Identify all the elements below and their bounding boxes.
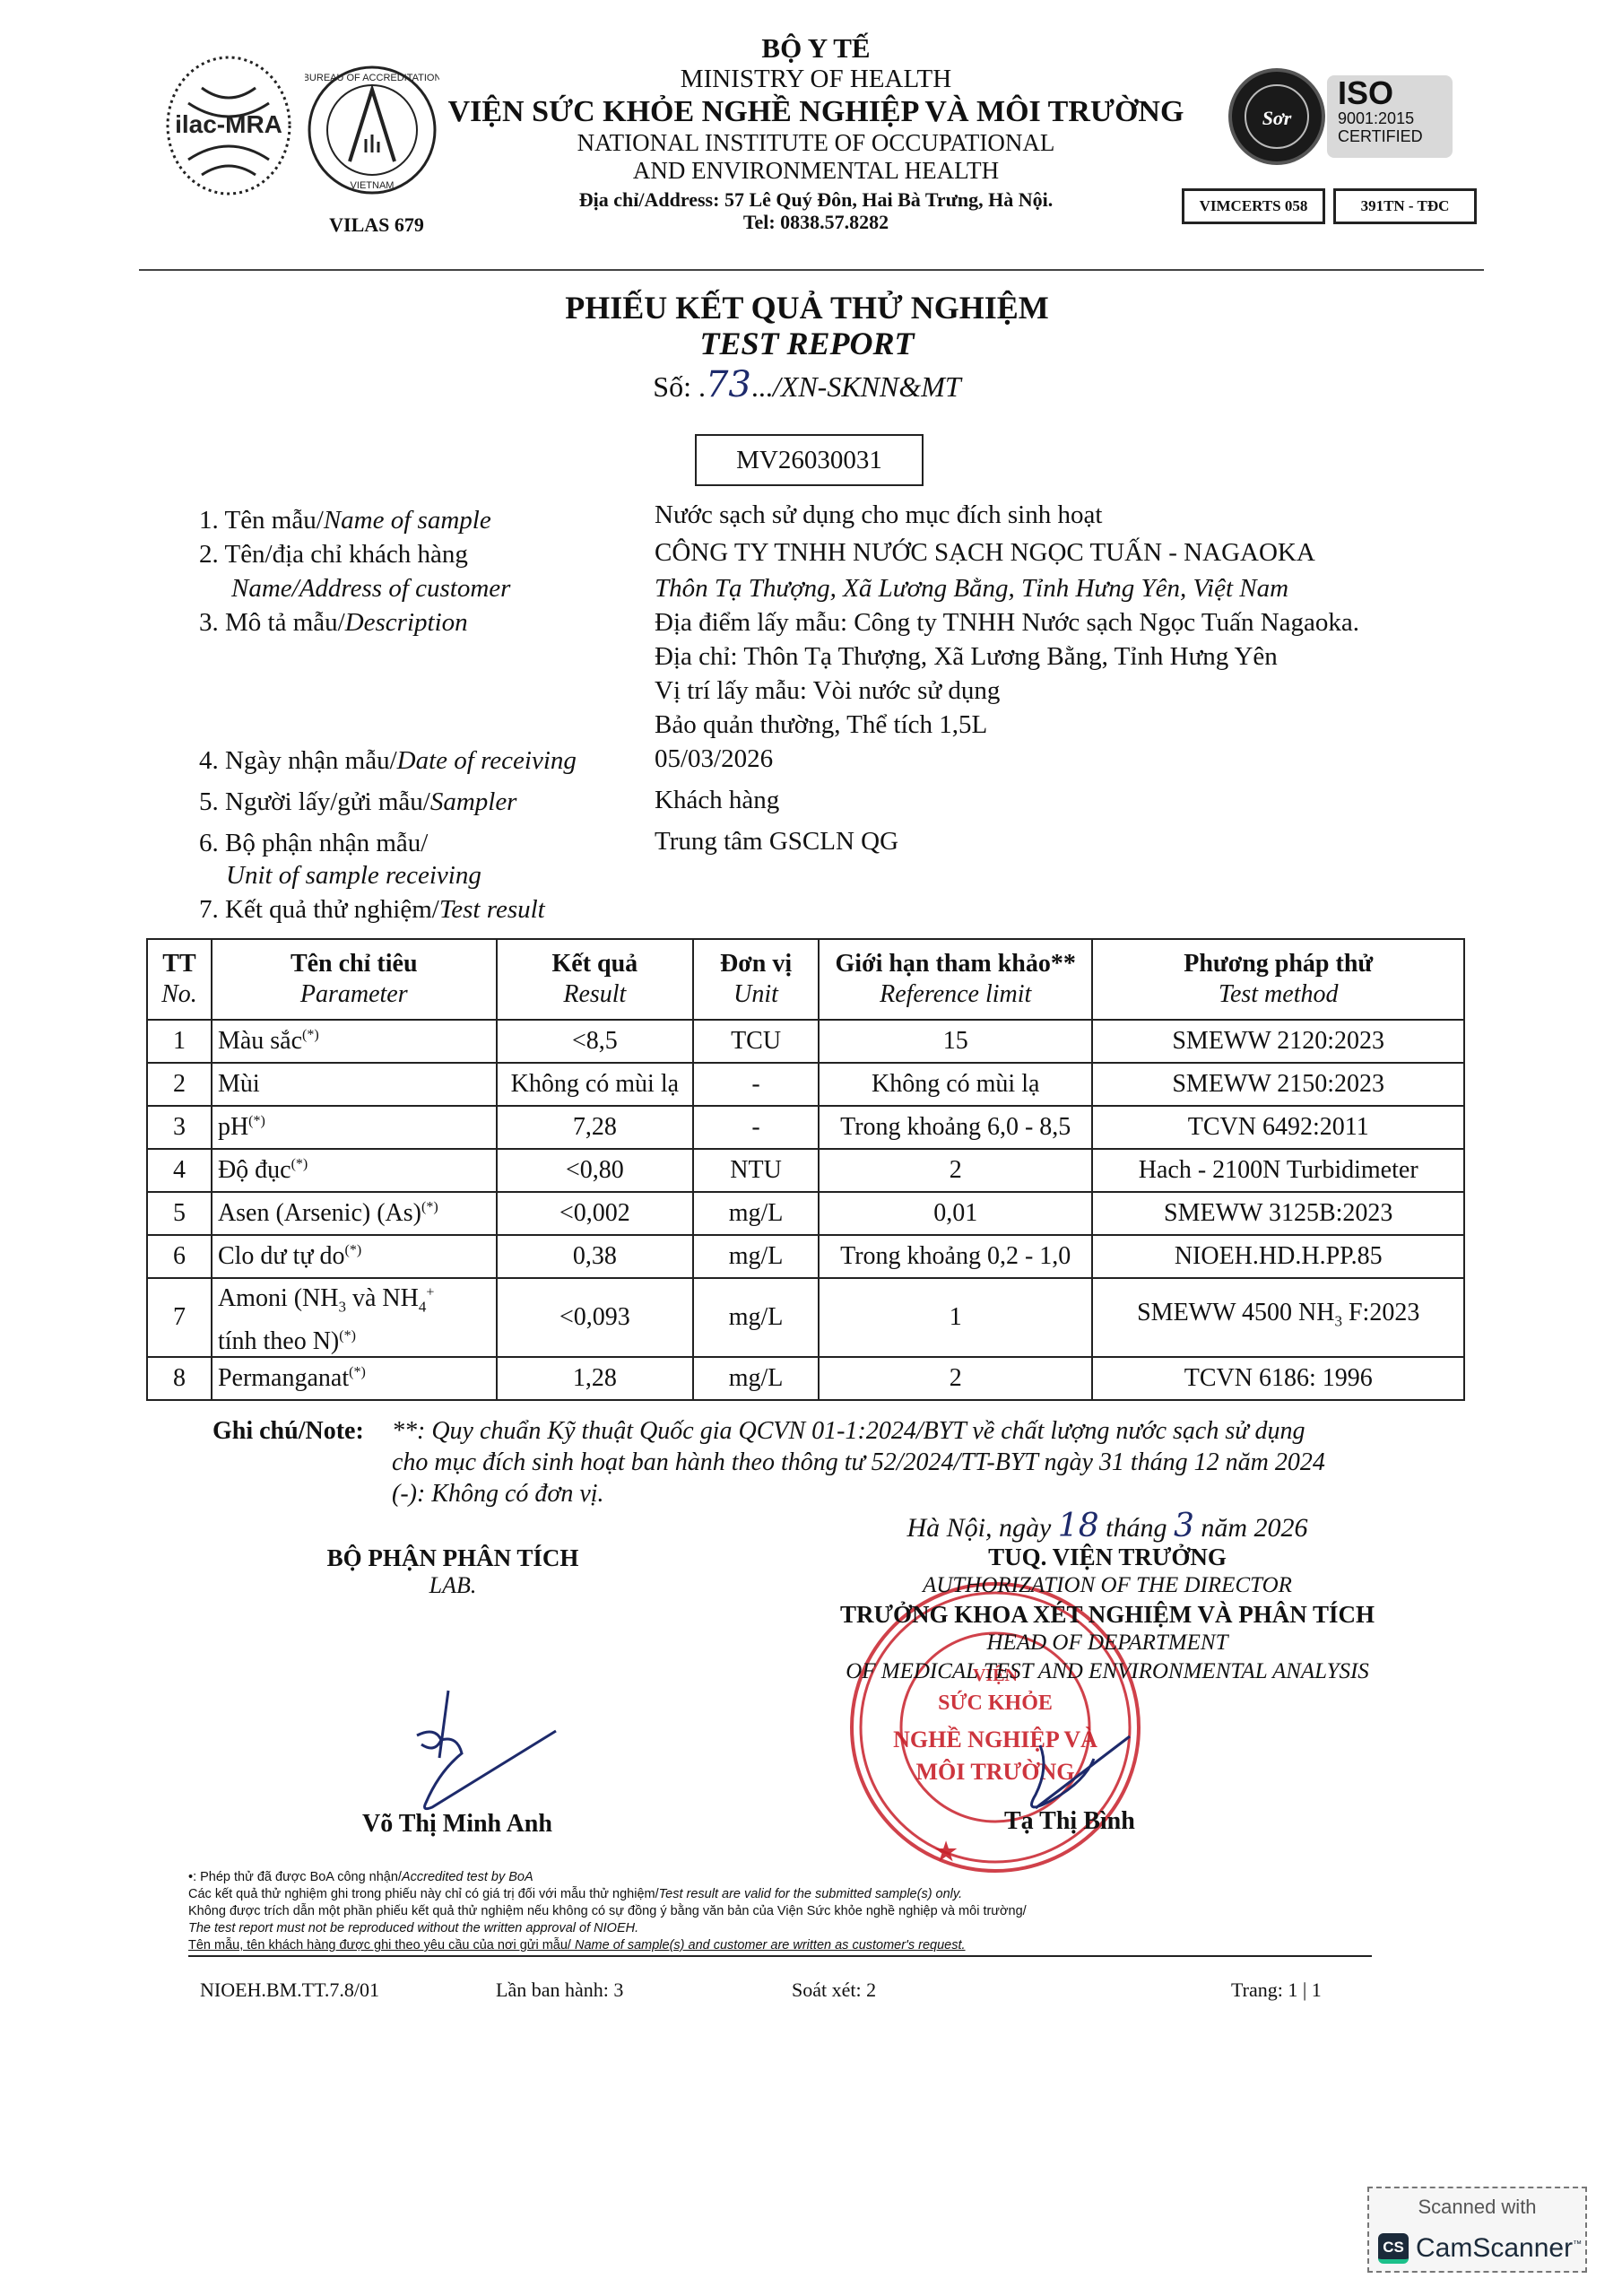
table-row: 7Amoni (NH3 và NH4+tính theo N)(*)<0,093… [147,1278,1464,1357]
handwritten-month: 3 [1174,1508,1194,1544]
svg-text:ilac-MRA: ilac-MRA [175,110,282,138]
col-reference-limit: Giới hạn tham khảo**Reference limit [819,939,1092,1020]
info-value-customer-address: Thôn Tạ Thượng, Xã Lương Bằng, Tỉnh Hưng… [655,572,1288,604]
svg-text:SỨC KHỎE: SỨC KHỎE [938,1692,1053,1715]
director-title-3: TRƯỞNG KHOA XÉT NGHIỆM VÀ PHÂN TÍCH [780,1600,1435,1629]
cell-result: Không có mùi lạ [497,1063,694,1106]
cell-no: 7 [147,1278,212,1357]
lab-signature-block: BỘ PHẬN PHÂN TÍCH LAB. [296,1544,610,1599]
institute-tel: Tel: 0838.57.8282 [421,211,1210,233]
cell-reference-limit: 15 [819,1020,1092,1063]
cell-result: <0,002 [497,1192,694,1235]
footnote-customer-request: Tên mẫu, tên khách hàng được ghi theo yê… [188,1937,1381,1954]
info-label-receiving-unit: 6. Bộ phận nhận mẫu/ [199,827,428,859]
sign-date: Hà Nội, ngày 18 tháng 3 năm 2026 [780,1512,1435,1543]
cell-no: 6 [147,1235,212,1278]
director-title-2: AUTHORIZATION OF THE DIRECTOR [780,1571,1435,1600]
cell-test-method: TCVN 6492:2011 [1092,1106,1464,1149]
footnote-reproduction-vn: Không được trích dẫn một phần phiếu kết … [188,1903,1381,1920]
svg-text:★: ★ [934,1839,957,1866]
cell-no: 3 [147,1106,212,1149]
title-en: TEST REPORT [359,325,1255,362]
footer-divider [188,1955,1372,1957]
info-label-test-result: 7. Kết quả thử nghiệm/Test result [199,893,545,926]
institute-header: BỘ Y TẾ MINISTRY OF HEALTH VIỆN SỨC KHỎE… [421,32,1210,234]
lab-signer-name: Võ Thị Minh Anh [341,1810,574,1839]
director-signature-block: Hà Nội, ngày 18 tháng 3 năm 2026 TUQ. VI… [780,1512,1435,1686]
svg-text:NGHỀ NGHIỆP VÀ: NGHỀ NGHIỆP VÀ [893,1726,1097,1752]
director-title-5: OF MEDICAL TEST AND ENVIRONMENTAL ANALYS… [780,1657,1435,1686]
header-divider [139,269,1484,271]
cell-unit: mg/L [693,1192,819,1235]
lab-title-en: LAB. [296,1572,610,1599]
review-number: Soát xét: 2 [792,1979,876,2002]
lab-title: BỘ PHẬN PHÂN TÍCH [296,1544,610,1572]
institute-en-1: NATIONAL INSTITUTE OF OCCUPATIONAL [421,129,1210,157]
cell-no: 1 [147,1020,212,1063]
cell-no: 4 [147,1149,212,1192]
cell-no: 5 [147,1192,212,1235]
col-unit: Đơn vịUnit [693,939,819,1020]
svg-text:BUREAU OF ACCREDITATION: BUREAU OF ACCREDITATION [305,73,439,83]
footnote-accredited: •: Phép thử đã được BoA công nhận/Accred… [188,1869,1381,1886]
col-test-method: Phương pháp thửTest method [1092,939,1464,1020]
info-label-sampler: 5. Người lấy/gửi mẫu/Sampler [199,786,516,818]
cell-parameter: Màu sắc(*) [212,1020,497,1063]
info-value-customer-name: CÔNG TY TNHH NƯỚC SẠCH NGỌC TUẤN - NAGAO… [655,536,1315,569]
cell-unit: NTU [693,1149,819,1192]
cell-result: 0,38 [497,1235,694,1278]
cell-parameter: Độ đục(*) [212,1149,497,1192]
table-row: 4Độ đục(*)<0,80NTU2Hach - 2100N Turbidim… [147,1149,1464,1192]
info-label-description: 3. Mô tả mẫu/Description [199,606,468,639]
institute-en-2: AND ENVIRONMENTAL HEALTH [421,157,1210,185]
results-table: TTNo. Tên chỉ tiêuParameter Kết quảResul… [146,938,1465,1401]
cell-test-method: SMEWW 3125B:2023 [1092,1192,1464,1235]
vimcerts-code: VIMCERTS 058 [1182,188,1325,224]
svg-text:VIETNAM: VIETNAM [351,180,395,191]
cell-reference-limit: 1 [819,1278,1092,1357]
info-label-customer: 2. Tên/địa chỉ khách hàng [199,538,468,570]
institute-address: Địa chỉ/Address: 57 Lê Quý Đôn, Hai Bà T… [421,188,1210,211]
director-name: Tạ Thị Bình [1004,1807,1184,1836]
camscanner-watermark: Scanned with CS CamScanner™ [1367,2187,1587,2273]
boa-accreditation-logo: BUREAU OF ACCREDITATION VIETNAM [305,63,439,206]
cell-reference-limit: Trong khoảng 0,2 - 1,0 [819,1235,1092,1278]
handwritten-number: 73 [706,364,751,405]
info-value-date: 05/03/2026 [655,743,773,775]
footnote-validity: Các kết quả thử nghiệm ghi trong phiếu n… [188,1886,1381,1903]
cell-reference-limit: 2 [819,1149,1092,1192]
note-label: Ghi chú/Note: [213,1415,364,1447]
footnotes: •: Phép thử đã được BoA công nhận/Accred… [188,1869,1381,1954]
note-block: Ghi chú/Note: **: Quy chuẩn Kỹ thuật Quố… [213,1415,1450,1509]
cell-test-method: TCVN 6186: 1996 [1092,1357,1464,1400]
col-parameter: Tên chỉ tiêuParameter [212,939,497,1020]
cell-parameter: Permanganat(*) [212,1357,497,1400]
ministry-en: MINISTRY OF HEALTH [421,65,1210,94]
footnote-reproduction-en: The test report must not be reproduced w… [188,1920,1381,1937]
page-number: Trang: 1 | 1 [1231,1979,1322,2002]
info-value-sample-name: Nước sạch sử dụng cho mục đích sinh hoạt [655,499,1102,531]
cell-result: 1,28 [497,1357,694,1400]
ilac-mra-logo: ilac-MRA [161,54,296,197]
table-row: 8Permanganat(*)1,28mg/L2TCVN 6186: 1996 [147,1357,1464,1400]
svg-text:MÔI TRƯỜNG: MÔI TRƯỜNG [916,1759,1075,1785]
cell-test-method: SMEWW 4500 NH3 F:2023 [1092,1278,1464,1357]
note-line-2: cho mục đích sinh hoạt ban hành theo thô… [392,1447,1450,1478]
certification-seal-icon: Sơr [1228,68,1325,165]
note-line-3: (-): Không có đơn vị. [392,1478,1450,1509]
report-title: PHIẾU KẾT QUẢ THỬ NGHIỆM TEST REPORT Số:… [359,289,1255,405]
issue-number: Lần ban hành: 3 [496,1979,623,2002]
iso-certified-badge: Sơr ISO 9001:2015 CERTIFIED [1228,68,1453,165]
info-value-description-2: Địa chỉ: Thôn Tạ Thượng, Xã Lương Bằng, … [655,640,1278,673]
table-header-row: TTNo. Tên chỉ tiêuParameter Kết quảResul… [147,939,1464,1020]
note-line-1: **: Quy chuẩn Kỹ thuật Quốc gia QCVN 01-… [392,1415,1450,1447]
table-row: 3pH(*)7,28-Trong khoảng 6,0 - 8,5TCVN 64… [147,1106,1464,1149]
info-value-description-3: Vị trí lấy mẫu: Vòi nước sử dụng [655,674,1000,707]
cell-reference-limit: 0,01 [819,1192,1092,1235]
cell-parameter: Amoni (NH3 và NH4+tính theo N)(*) [212,1278,497,1357]
title-vn: PHIẾU KẾT QUẢ THỬ NGHIỆM [359,289,1255,326]
table-row: 1Màu sắc(*)<8,5TCU15SMEWW 2120:2023 [147,1020,1464,1063]
col-result: Kết quảResult [497,939,694,1020]
cell-unit: - [693,1106,819,1149]
tdc-code: 391TN - TĐC [1333,188,1477,224]
lab-signature-icon [386,1686,619,1821]
table-row: 5Asen (Arsenic) (As)(*)<0,002mg/L0,01SME… [147,1192,1464,1235]
cell-test-method: Hach - 2100N Turbidimeter [1092,1149,1464,1192]
cell-test-method: SMEWW 2120:2023 [1092,1020,1464,1063]
form-code: NIOEH.BM.TT.7.8/01 [200,1979,379,2002]
info-label-date: 4. Ngày nhận mẫu/Date of receiving [199,744,577,777]
cell-result: <8,5 [497,1020,694,1063]
cell-result: 7,28 [497,1106,694,1149]
info-label-customer-en: Name/Address of customer [231,572,510,604]
director-title-1: TUQ. VIỆN TRƯỞNG [780,1543,1435,1571]
cell-reference-limit: Không có mùi lạ [819,1063,1092,1106]
institute-vn: VIỆN SỨC KHỎE NGHỀ NGHIỆP VÀ MÔI TRƯỜNG [421,94,1210,129]
cell-reference-limit: 2 [819,1357,1092,1400]
director-title-4: HEAD OF DEPARTMENT [780,1629,1435,1657]
ministry-vn: BỘ Y TẾ [421,32,1210,65]
cell-no: 2 [147,1063,212,1106]
col-no: TTNo. [147,939,212,1020]
info-value-receiving-unit: Trung tâm GSCLN QG [655,825,898,857]
cell-parameter: Clo dư tự do(*) [212,1235,497,1278]
info-value-description-1: Địa điểm lấy mẫu: Công ty TNHH Nước sạch… [655,606,1359,639]
cell-unit: TCU [693,1020,819,1063]
handwritten-day: 18 [1058,1508,1099,1544]
table-row: 6Clo dư tự do(*)0,38mg/LTrong khoảng 0,2… [147,1235,1464,1278]
info-label-sample-name: 1. Tên mẫu/Name of sample [199,504,491,536]
cell-reference-limit: Trong khoảng 6,0 - 8,5 [819,1106,1092,1149]
cell-unit: - [693,1063,819,1106]
cell-parameter: Mùi [212,1063,497,1106]
table-row: 2MùiKhông có mùi lạ-Không có mùi lạSMEWW… [147,1063,1464,1106]
cell-result: <0,093 [497,1278,694,1357]
info-value-sampler: Khách hàng [655,784,779,816]
report-number: Số: .73.../XN-SKNN&MT [359,364,1255,405]
cell-test-method: SMEWW 2150:2023 [1092,1063,1464,1106]
cell-result: <0,80 [497,1149,694,1192]
cell-test-method: NIOEH.HD.H.PP.85 [1092,1235,1464,1278]
cell-no: 8 [147,1357,212,1400]
cell-unit: mg/L [693,1235,819,1278]
camscanner-logo-icon: CS [1378,2233,1409,2264]
info-label-receiving-unit-en: Unit of sample receiving [226,859,481,891]
cell-unit: mg/L [693,1278,819,1357]
cell-unit: mg/L [693,1357,819,1400]
info-value-description-4: Bảo quản thường, Thể tích 1,5L [655,709,987,741]
cell-parameter: Asen (Arsenic) (As)(*) [212,1192,497,1235]
sample-code-box: MV26030031 [695,434,924,486]
cell-parameter: pH(*) [212,1106,497,1149]
